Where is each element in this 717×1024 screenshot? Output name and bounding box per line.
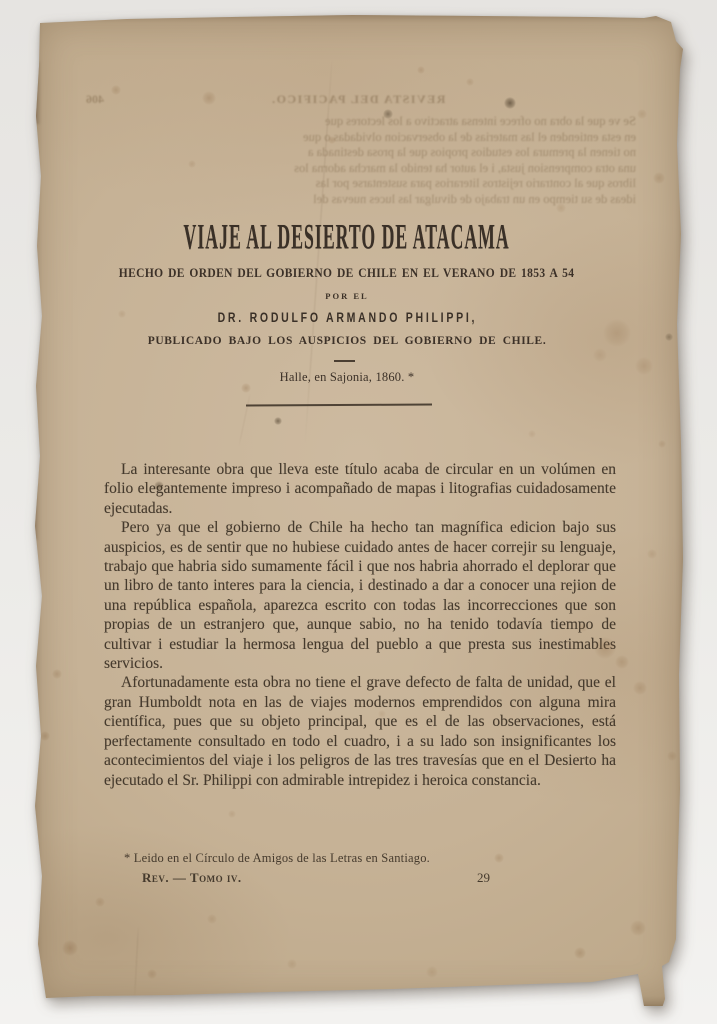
foxing-spot bbox=[40, 731, 50, 741]
bleedthrough-line: una otra comprension justa, i el autor h… bbox=[80, 161, 636, 177]
bleedthrough-lines: Se ve que la obra no ofrece intensa atra… bbox=[80, 114, 636, 208]
subtitle: HECHO DE ORDEN DEL GOBIERNO DE CHILE EN … bbox=[32, 264, 662, 282]
crease-line bbox=[238, 393, 251, 448]
bleedthrough-line: en esta entienden el las materias de la … bbox=[80, 130, 636, 146]
foxing-spot bbox=[630, 920, 646, 936]
foxing-spot bbox=[287, 959, 297, 969]
foxing-spot bbox=[95, 897, 105, 907]
foxing-spot bbox=[574, 947, 586, 959]
publisher-line: PUBLICADO BAJO LOS AUSPICIOS DEL GOBIERN… bbox=[32, 335, 662, 347]
page-title-text: VIAJE AL DESIERTO DE ATACAMA bbox=[184, 218, 510, 258]
foxing-spot bbox=[637, 109, 647, 119]
foxing-spot bbox=[466, 78, 474, 86]
bleedthrough-folio: 406 bbox=[86, 92, 104, 107]
scanned-page: REVISTA DEL PACIFICO. 406 Se ve que la o… bbox=[32, 14, 684, 1006]
author-name-text: DR. RODULFO ARMANDO PHILIPPI, bbox=[217, 310, 477, 325]
footnote: * Leido en el Círculo de Amigos de las L… bbox=[124, 851, 604, 866]
horizontal-rule bbox=[246, 404, 432, 407]
edge-grime bbox=[32, 714, 38, 766]
ornament-dash bbox=[334, 360, 355, 362]
foxing-spot bbox=[383, 109, 393, 119]
bleedthrough-line: ideas de su tiempo en un trabajo de divu… bbox=[80, 192, 636, 208]
foxing-spot bbox=[426, 966, 438, 978]
foxing-spot bbox=[417, 66, 425, 74]
footer-page-number: 29 bbox=[477, 870, 490, 886]
edge-grime bbox=[32, 842, 39, 888]
edge-grime bbox=[32, 62, 41, 124]
footer-volume-label: Rev. — Tomo iv. bbox=[142, 870, 242, 886]
foxing-spot bbox=[665, 333, 673, 341]
foxing-spot bbox=[633, 681, 647, 695]
subtitle-text: HECHO DE ORDEN DEL GOBIERNO DE CHILE EN … bbox=[119, 266, 575, 281]
bleedthrough-line: Se ve que la obra no ofrece intensa atra… bbox=[80, 114, 636, 130]
page-title: VIAJE AL DESIERTO DE ATACAMA bbox=[32, 218, 662, 256]
bleedthrough-line: no tienen la premura los estudios propio… bbox=[80, 145, 636, 161]
foxing-spot bbox=[658, 440, 666, 448]
foxing-spot bbox=[653, 172, 665, 184]
bleedthrough-running-head: REVISTA DEL PACIFICO. 406 bbox=[80, 92, 636, 107]
bleedthrough-line: libros que al contrario rejistros litera… bbox=[80, 176, 636, 192]
foxing-spot bbox=[188, 160, 196, 168]
byline-prefix: POR EL bbox=[32, 291, 662, 301]
foxing-spot bbox=[111, 85, 121, 95]
edge-grime bbox=[32, 484, 39, 540]
edge-grime bbox=[32, 199, 38, 241]
foxing-spot bbox=[62, 940, 78, 956]
foxing-spot bbox=[202, 91, 216, 105]
foxing-spot bbox=[504, 97, 516, 109]
foxing-spot bbox=[274, 417, 282, 425]
body-text: La interesante obra que lleva este títul… bbox=[104, 460, 616, 790]
foxing-spot bbox=[615, 655, 629, 669]
foxing-spot bbox=[207, 914, 217, 924]
foxing-spot bbox=[593, 348, 607, 362]
author-name: DR. RODULFO ARMANDO PHILIPPI, bbox=[32, 309, 662, 327]
bleedthrough-text: REVISTA DEL PACIFICO. 406 Se ve que la o… bbox=[80, 92, 636, 208]
foxing-spot bbox=[667, 751, 677, 761]
foxing-spot bbox=[52, 669, 62, 679]
photo-backdrop: REVISTA DEL PACIFICO. 406 Se ve que la o… bbox=[0, 0, 717, 1024]
foxing-spot bbox=[647, 549, 657, 559]
foxing-spot bbox=[328, 136, 336, 144]
crease-line bbox=[134, 926, 139, 998]
foxing-spot bbox=[556, 203, 566, 213]
foxing-spot bbox=[228, 810, 236, 818]
paragraph: Afortunadamente esta obra no tiene el gr… bbox=[104, 673, 616, 789]
imprint-line: Halle, en Sajonia, 1860. * bbox=[32, 370, 662, 385]
paragraph: La interesante obra que lleva este títul… bbox=[104, 460, 616, 518]
foxing-spot bbox=[528, 430, 536, 438]
paragraph: Pero ya que el gobierno de Chile ha hech… bbox=[104, 518, 616, 673]
foxing-spot bbox=[147, 969, 157, 979]
scanned-page-wrap: REVISTA DEL PACIFICO. 406 Se ve que la o… bbox=[32, 14, 684, 1006]
bleedthrough-running-head-label: REVISTA DEL PACIFICO. bbox=[271, 92, 446, 106]
